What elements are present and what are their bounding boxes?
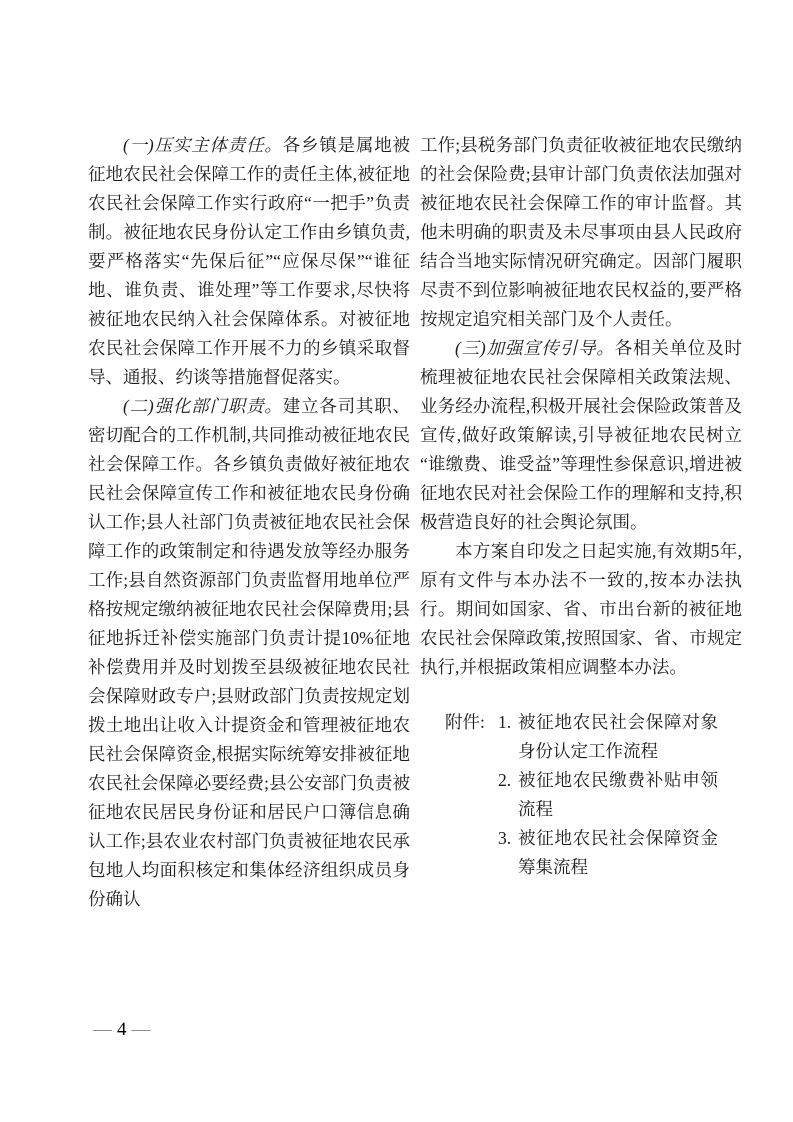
page-number-dash-left: — (88, 1019, 117, 1040)
section-2-text: 建立各司其职、密切配合的工作机制,共同推动被征地农民社会保障工作。各乡镇负责做好… (88, 396, 410, 909)
page-number: —4— (88, 1019, 156, 1041)
page-number-value: 4 (117, 1019, 127, 1040)
attachment-item: 2. 被征地农民缴费补贴申领流程 (445, 766, 742, 824)
document-body: (一)压实主体责任。各乡镇是属地被征地农民社会保障工作的责任主体,被征地农民社会… (88, 131, 742, 914)
document-page: (一)压实主体责任。各乡镇是属地被征地农民社会保障工作的责任主体,被征地农民社会… (0, 0, 793, 1122)
section-2-heading: (二)强化部门职责。 (123, 396, 283, 416)
left-column: (一)压实主体责任。各乡镇是属地被征地农民社会保障工作的责任主体,被征地农民社会… (88, 131, 410, 914)
attachment-item: 3. 被征地农民社会保障资金筹集流程 (445, 824, 742, 882)
attachment-3-number: 3. (498, 824, 518, 853)
paragraph-section-3: (三)加强宣传引导。各相关单位及时梳理被征地农民社会保障相关政策法规、业务经办流… (420, 334, 742, 537)
section-1-heading: (一)压实主体责任。 (123, 135, 283, 155)
implementation-text: 本方案自印发之日起实施,有效期5年,原有文件与本办法不一致的,按本办法执行。期间… (420, 541, 742, 677)
section-3-text: 各相关单位及时梳理被征地农民社会保障相关政策法规、业务经办流程,积极开展社会保险… (420, 338, 742, 532)
section-2-text-continued: 工作;县税务部门负责征收被征地农民缴纳的社会保险费;县审计部门负责依法加强对被征… (420, 135, 742, 329)
paragraph-implementation: 本方案自印发之日起实施,有效期5年,原有文件与本办法不一致的,按本办法执行。期间… (420, 537, 742, 682)
paragraph-section-2-continued: 工作;县税务部门负责征收被征地农民缴纳的社会保险费;县审计部门负责依法加强对被征… (420, 131, 742, 334)
attachment-1-number: 1. (498, 708, 518, 737)
section-3-heading: (三)加强宣传引导。 (455, 338, 615, 358)
attachments-label: 附件: (445, 708, 498, 737)
attachment-item: 附件: 1. 被征地农民社会保障对象身份认定工作流程 (445, 708, 742, 766)
right-column: 工作;县税务部门负责征收被征地农民缴纳的社会保险费;县审计部门负责依法加强对被征… (420, 131, 742, 914)
section-1-text: 各乡镇是属地被征地农民社会保障工作的责任主体,被征地农民社会保障工作实行政府“一… (88, 135, 410, 387)
page-number-dash-right: — (127, 1019, 156, 1040)
attachment-2-title: 被征地农民缴费补贴申领流程 (518, 766, 718, 824)
attachment-3-title: 被征地农民社会保障资金筹集流程 (518, 824, 718, 882)
paragraph-section-2: (二)强化部门职责。建立各司其职、密切配合的工作机制,共同推动被征地农民社会保障… (88, 392, 410, 914)
attachments-block: 附件: 1. 被征地农民社会保障对象身份认定工作流程 2. 被征地农民缴费补贴申… (445, 708, 742, 882)
paragraph-section-1: (一)压实主体责任。各乡镇是属地被征地农民社会保障工作的责任主体,被征地农民社会… (88, 131, 410, 392)
attachment-1-title: 被征地农民社会保障对象身份认定工作流程 (518, 708, 718, 766)
attachment-2-number: 2. (498, 766, 518, 795)
